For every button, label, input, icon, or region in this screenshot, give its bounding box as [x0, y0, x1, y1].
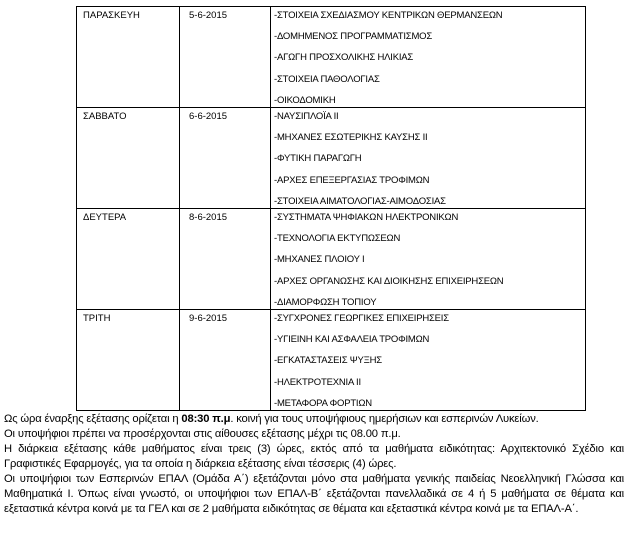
subject-item: -ΥΓΙΕΙΝΗ ΚΑΙ ΑΣΦΑΛΕΙΑ ΤΡΟΦΙΜΩΝ	[274, 331, 585, 352]
evening-note: Οι υποψήφιοι των Εσπερινών ΕΠΑΛ (Ομάδα Α…	[4, 472, 624, 517]
subject-item: -ΑΡΧΕΣ ΟΡΓΑΝΩΣΗΣ ΚΑΙ ΔΙΟΙΚΗΣΗΣ ΕΠΙΧΕΙΡΗΣ…	[274, 273, 585, 294]
day-cell: ΠΑΡΑΣΚΕΥΗ	[77, 7, 180, 108]
start-time-text: Ως ώρα έναρξης εξέτασης ορίζεται η	[4, 413, 181, 425]
subjects-cell: -ΝΑΥΣΙΠΛΟΪΑ ΙΙ-ΜΗΧΑΝΕΣ ΕΣΩΤΕΡΙΚΗΣ ΚΑΥΣΗΣ…	[271, 108, 586, 209]
subject-item: -ΦΥΤΙΚΗ ΠΑΡΑΓΩΓΗ	[274, 150, 585, 171]
subject-item: -ΜΗΧΑΝΕΣ ΠΛΟΙΟΥ Ι	[274, 251, 585, 272]
duration-note: Η διάρκεια εξέτασης κάθε μαθήματος είναι…	[4, 442, 624, 472]
start-time-text-end: . κοινή για τους υποψήφιους ημερήσιων κα…	[230, 413, 538, 425]
subject-item: -ΑΡΧΕΣ ΕΠΕΞΕΡΓΑΣΙΑΣ ΤΡΟΦΙΜΩΝ	[274, 172, 585, 193]
schedule-row: ΣΑΒΒΑΤΟ6-6-2015-ΝΑΥΣΙΠΛΟΪΑ ΙΙ-ΜΗΧΑΝΕΣ ΕΣ…	[77, 108, 586, 209]
subject-item: -ΤΕΧΝΟΛΟΓΙΑ ΕΚΤΥΠΩΣΕΩΝ	[274, 230, 585, 251]
schedule-row: ΔΕΥΤΕΡΑ8-6-2015-ΣΥΣΤΗΜΑΤΑ ΨΗΦΙΑΚΩΝ ΗΛΕΚΤ…	[77, 209, 586, 310]
subjects-cell: -ΣΥΣΤΗΜΑΤΑ ΨΗΦΙΑΚΩΝ ΗΛΕΚΤΡΟΝΙΚΩΝ-ΤΕΧΝΟΛΟ…	[271, 209, 586, 310]
schedule-row: ΤΡΙΤΗ9-6-2015-ΣΥΓΧΡΟΝΕΣ ΓΕΩΡΓΙΚΕΣ ΕΠΙΧΕΙ…	[77, 310, 586, 411]
subject-item: -ΑΓΩΓΗ ΠΡΟΣΧΟΛΙΚΗΣ ΗΛΙΚΙΑΣ	[274, 49, 585, 70]
subject-item: -ΣΤΟΙΧΕΙΑ ΣΧΕΔΙΑΣΜΟΥ ΚΕΝΤΡΙΚΩΝ ΘΕΡΜΑΝΣΕΩ…	[274, 7, 585, 28]
subject-item: -ΕΓΚΑΤΑΣΤΑΣΕΙΣ ΨΥΞΗΣ	[274, 352, 585, 373]
subjects-cell: -ΣΥΓΧΡΟΝΕΣ ΓΕΩΡΓΙΚΕΣ ΕΠΙΧΕΙΡΗΣΕΙΣ-ΥΓΙΕΙΝ…	[271, 310, 586, 411]
exam-schedule-table: ΠΑΡΑΣΚΕΥΗ5-6-2015-ΣΤΟΙΧΕΙΑ ΣΧΕΔΙΑΣΜΟΥ ΚΕ…	[76, 6, 586, 411]
day-cell: ΔΕΥΤΕΡΑ	[77, 209, 180, 310]
day-cell: ΤΡΙΤΗ	[77, 310, 180, 411]
start-time-note: Ως ώρα έναρξης εξέτασης ορίζεται η 08:30…	[4, 412, 624, 427]
schedule-row: ΠΑΡΑΣΚΕΥΗ5-6-2015-ΣΤΟΙΧΕΙΑ ΣΧΕΔΙΑΣΜΟΥ ΚΕ…	[77, 7, 586, 108]
subjects-cell: -ΣΤΟΙΧΕΙΑ ΣΧΕΔΙΑΣΜΟΥ ΚΕΝΤΡΙΚΩΝ ΘΕΡΜΑΝΣΕΩ…	[271, 7, 586, 108]
subject-item: -ΝΑΥΣΙΠΛΟΪΑ ΙΙ	[274, 108, 585, 129]
date-cell: 9-6-2015	[180, 310, 271, 411]
date-cell: 6-6-2015	[180, 108, 271, 209]
date-cell: 8-6-2015	[180, 209, 271, 310]
subject-item: -ΜΗΧΑΝΕΣ ΕΣΩΤΕΡΙΚΗΣ ΚΑΥΣΗΣ ΙΙ	[274, 129, 585, 150]
subject-item: -ΔΟΜΗΜΕΝΟΣ ΠΡΟΓΡΑΜΜΑΤΙΣΜΟΣ	[274, 28, 585, 49]
subject-item: -ΗΛΕΚΤΡΟΤΕΧΝΙΑ ΙΙ	[274, 374, 585, 395]
arrival-note: Οι υποψήφιοι πρέπει να προσέρχονται στις…	[4, 427, 624, 442]
start-time-value: 08:30 π.μ	[181, 413, 230, 425]
subject-item: -ΣΥΓΧΡΟΝΕΣ ΓΕΩΡΓΙΚΕΣ ΕΠΙΧΕΙΡΗΣΕΙΣ	[274, 310, 585, 331]
day-cell: ΣΑΒΒΑΤΟ	[77, 108, 180, 209]
date-cell: 5-6-2015	[180, 7, 271, 108]
exam-notes: Ως ώρα έναρξης εξέτασης ορίζεται η 08:30…	[4, 412, 624, 517]
subject-item: -ΣΥΣΤΗΜΑΤΑ ΨΗΦΙΑΚΩΝ ΗΛΕΚΤΡΟΝΙΚΩΝ	[274, 209, 585, 230]
subject-item: -ΣΤΟΙΧΕΙΑ ΠΑΘΟΛΟΓΙΑΣ	[274, 71, 585, 92]
